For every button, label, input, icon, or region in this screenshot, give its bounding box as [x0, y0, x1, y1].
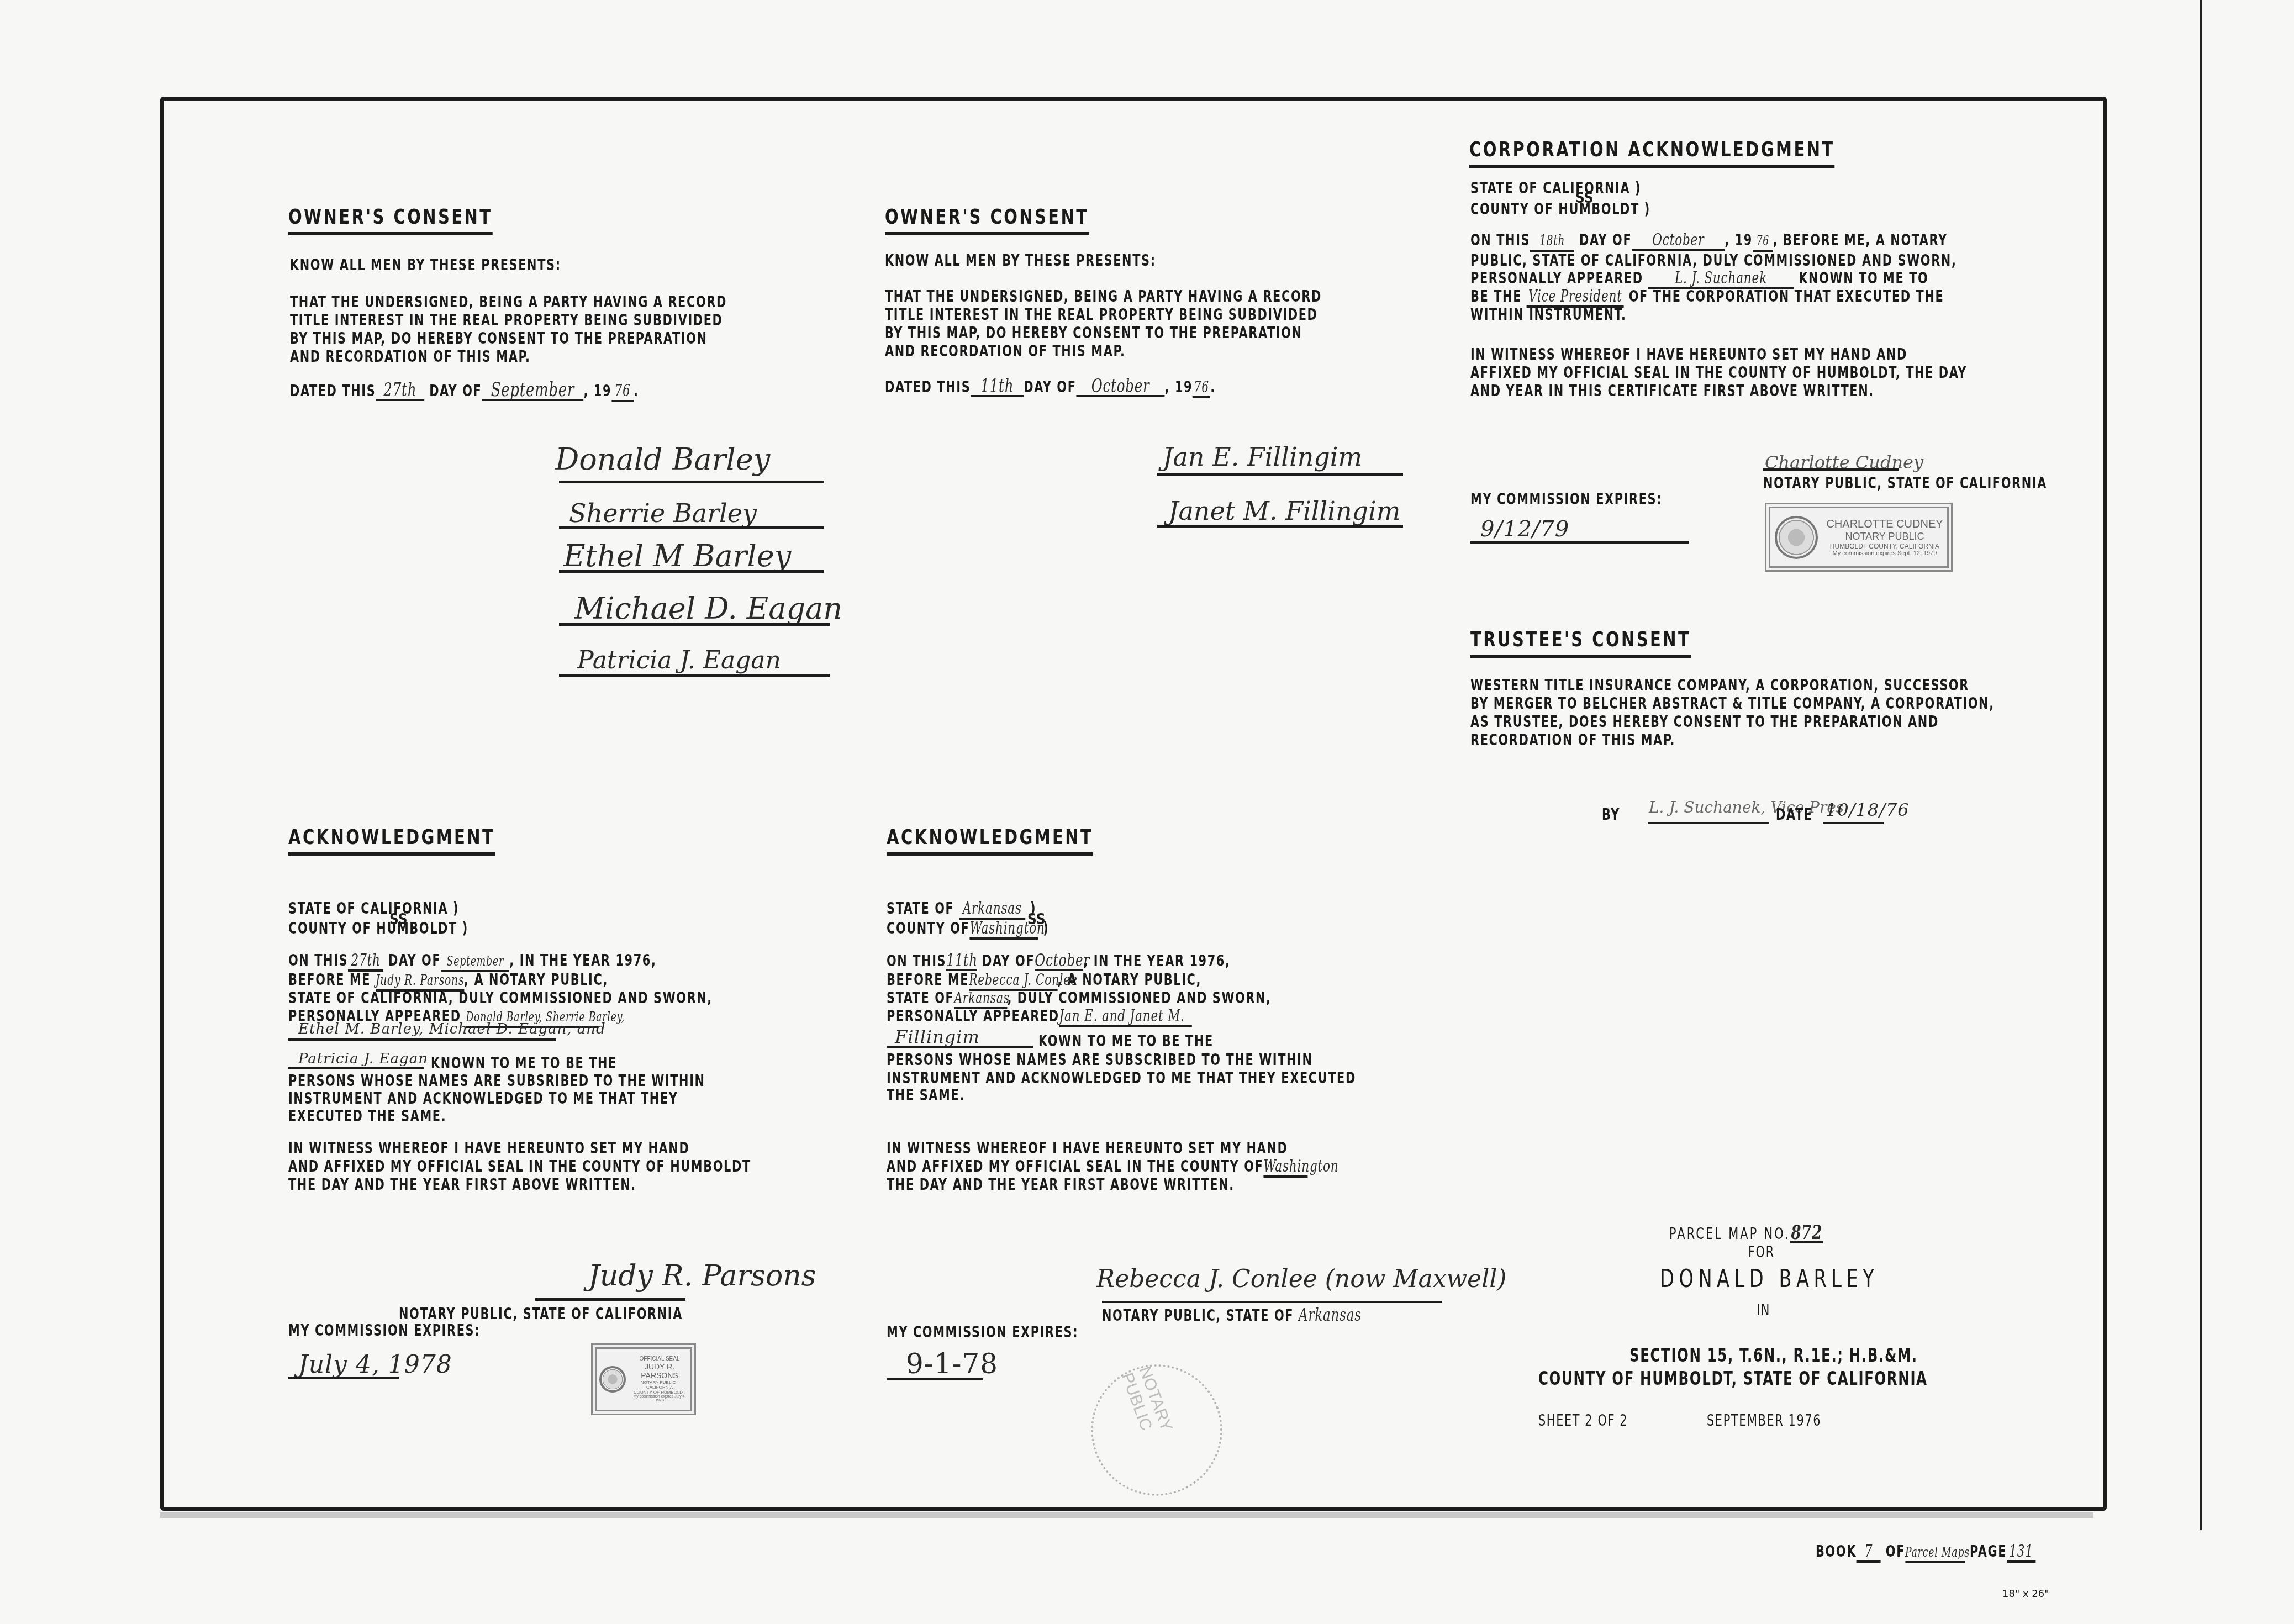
label: , BEFORE ME, A NOTARY: [1773, 230, 1948, 249]
year-field[interactable]: 76: [1193, 378, 1210, 398]
label: DAY OF: [982, 951, 1035, 970]
body-line: AND RECORDATION OF THIS MAP.: [885, 342, 1126, 360]
commission-label: MY COMMISSION EXPIRES:: [288, 1321, 480, 1340]
signature-line[interactable]: [1157, 473, 1403, 476]
sheet-shadow: [160, 1512, 2093, 1518]
body-line: WESTERN TITLE INSURANCE COMPANY, A CORPO…: [1470, 676, 1969, 694]
year-prefix: , 19: [583, 381, 611, 400]
label: PERSONALLY APPEARED: [887, 1006, 1059, 1025]
witness-line: THE DAY AND THE YEAR FIRST ABOVE WRITTEN…: [887, 1175, 1235, 1194]
signature-line[interactable]: [1763, 468, 1899, 471]
date-line: ON THIS18th DAY OFOctober, 1976, BEFORE …: [1470, 231, 1948, 252]
label: OF: [1886, 1542, 1905, 1560]
county-field[interactable]: Washington: [1263, 1158, 1307, 1178]
commission-date: July 4, 1978: [298, 1351, 452, 1379]
state-seal-icon: [1775, 516, 1818, 559]
month-field[interactable]: September: [482, 381, 583, 401]
witness-line: IN WITNESS WHEREOF I HAVE HEREUNTO SET M…: [887, 1139, 1288, 1157]
body-line: EXECUTED THE SAME.: [288, 1107, 446, 1125]
trustee-signature: L. J. Suchanek, Vice Pres: [1649, 798, 1844, 816]
signature: Patricia J. Eagan: [577, 646, 781, 674]
parcel-map-number: 872: [1790, 1224, 1823, 1243]
stamp-line: My commission expires Sept. 12, 1979: [1822, 550, 1947, 557]
appeared-line: PERSONALLY APPEAREDJan E. and Janet M.: [887, 1007, 1192, 1027]
month-field[interactable]: September: [441, 952, 509, 972]
persons-field[interactable]: Ethel M. Barley, Michael D. Eagan, and: [298, 1021, 606, 1037]
page-number: 131: [2007, 1543, 2035, 1563]
body-line: INSTRUMENT AND ACKNOWLEDGED TO ME THAT T…: [288, 1089, 678, 1108]
stamp-line: CHARLOTTE CUDNEY: [1822, 518, 1947, 531]
dated-line: DATED THIS27th DAY OFSeptember, 1976.: [290, 381, 639, 402]
body-line: BY THIS MAP, DO HEREBY CONSENT TO THE PR…: [885, 324, 1302, 342]
section-description: SECTION 15, T.6N., R.1E.; H.B.&M.: [1629, 1347, 1918, 1365]
signature-line[interactable]: [559, 526, 824, 529]
label: OF THE CORPORATION THAT EXECUTED THE: [1629, 287, 1944, 305]
state-line: STATE OF Arkansas ): [887, 899, 1036, 920]
map-date: SEPTEMBER 1976: [1707, 1411, 1821, 1430]
commission-label: MY COMMISSION EXPIRES:: [887, 1323, 1078, 1341]
body-line: THAT THE UNDERSIGNED, BEING A PARTY HAVI…: [290, 293, 727, 311]
witness-line: AND AFFIXED MY OFFICIAL SEAL IN THE COUN…: [288, 1157, 751, 1175]
body-line: AND RECORDATION OF THIS MAP.: [290, 347, 531, 366]
stamp-line: My commission expires July 4, 1978: [629, 1395, 690, 1402]
commission-line[interactable]: [887, 1378, 983, 1380]
month-field[interactable]: October: [1632, 231, 1725, 251]
label: AND AFFIXED MY OFFICIAL SEAL IN THE COUN…: [887, 1157, 1263, 1175]
day-field[interactable]: 11th: [946, 951, 977, 971]
body-line: STATE OF CALIFORNIA, DULY COMMISSIONED A…: [288, 989, 713, 1007]
day-field[interactable]: 11th: [971, 377, 1024, 397]
signature-line[interactable]: [1648, 822, 1769, 824]
body-line: BY MERGER TO BELCHER ABSTRACT & TITLE CO…: [1470, 694, 1995, 713]
stamp-line: OFFICIAL SEAL: [629, 1356, 690, 1362]
sheet-edge: [2200, 0, 2202, 1530]
year-prefix: , 19: [1725, 230, 1753, 249]
section-heading: ACKNOWLEDGMENT: [288, 825, 495, 856]
notary-stamp: CHARLOTTE CUDNEY NOTARY PUBLIC HUMBOLDT …: [1765, 503, 1953, 572]
section-heading: CORPORATION ACKNOWLEDGMENT: [1469, 137, 1835, 168]
month-field[interactable]: October: [1077, 377, 1165, 397]
label: , IN THE YEAR 1976,: [509, 951, 656, 969]
signature-line[interactable]: [559, 674, 830, 677]
label: BE THE: [1470, 287, 1522, 305]
label: ON THIS: [1470, 230, 1530, 249]
date-line: ON THIS27th DAY OFSeptember, IN THE YEAR…: [288, 951, 656, 972]
signature-line[interactable]: [1102, 1301, 1442, 1303]
book-number: 7: [1857, 1543, 1881, 1563]
stamp-line: HUMBOLDT COUNTY, CALIFORNIA: [1822, 542, 1947, 550]
label: NOTARY PUBLIC, STATE OF: [1102, 1306, 1294, 1325]
body-line: KNOWN TO ME TO BE THE: [431, 1054, 617, 1072]
signature-line[interactable]: [535, 1298, 685, 1301]
signature-line[interactable]: [559, 570, 824, 573]
witness-line: IN WITNESS WHEREOF I HAVE HEREUNTO SET M…: [1470, 345, 1907, 363]
persons-line: [288, 1038, 556, 1041]
label: , A NOTARY PUBLIC,: [1057, 970, 1201, 989]
label: , A NOTARY PUBLIC,: [464, 970, 608, 989]
witness-line: IN WITNESS WHEREOF I HAVE HEREUNTO SET M…: [288, 1139, 689, 1157]
commission-label: MY COMMISSION EXPIRES:: [1470, 490, 1662, 508]
label: DAY OF: [1579, 230, 1632, 249]
label: BOOK: [1816, 1542, 1857, 1560]
persons-field[interactable]: Jan E. and Janet M.: [1059, 1008, 1192, 1027]
body-line: AS TRUSTEE, DOES HEREBY CONSENT TO THE P…: [1470, 713, 1939, 731]
notary-stamp: OFFICIAL SEAL JUDY R. PARSONS NOTARY PUB…: [591, 1343, 696, 1415]
section-heading: ACKNOWLEDGMENT: [887, 825, 1093, 856]
intro-text: KNOW ALL MEN BY THESE PRESENTS:: [290, 256, 561, 274]
state-line: STATE OF CALIFORNIA ): [1470, 179, 1641, 197]
persons-field[interactable]: Patricia J. Eagan: [298, 1051, 428, 1067]
label: PARCEL MAP NO.: [1669, 1224, 1790, 1243]
body-line: RECORDATION OF THIS MAP.: [1470, 731, 1675, 749]
signature: Donald Barley: [555, 442, 770, 477]
day-of-label: DAY OF: [1024, 377, 1076, 396]
state-field[interactable]: Arkansas: [959, 900, 1025, 920]
body-line: PERSONS WHOSE NAMES ARE SUBSRIBED TO THE…: [288, 1072, 705, 1090]
signature-line[interactable]: [1157, 525, 1403, 528]
year-prefix: , 19: [1165, 377, 1193, 396]
signature: Michael D. Eagan: [574, 591, 842, 626]
label: BEFORE ME: [288, 970, 371, 989]
notary-signature: Judy R. Parsons: [588, 1259, 816, 1293]
ss-mark: SS: [1027, 911, 1046, 928]
signature: Jan E. Fillingim: [1163, 442, 1362, 472]
label: DAY OF: [388, 951, 441, 969]
witness-line: AFFIXED MY OFFICIAL SEAL IN THE COUNTY O…: [1470, 363, 1967, 382]
body-line: THAT THE UNDERSIGNED, BEING A PARTY HAVI…: [885, 287, 1322, 305]
notary-state: Arkansas: [1299, 1304, 1362, 1325]
signature: Janet M. Fillingim: [1168, 496, 1400, 526]
parcel-map-label: PARCEL MAP NO.872: [1669, 1224, 1823, 1243]
date-line[interactable]: [1823, 822, 1884, 824]
county-line: COUNTY OF HUMBOLDT ): [288, 919, 468, 937]
sheet-number: SHEET 2 OF 2: [1538, 1411, 1628, 1430]
dated-label: DATED THIS: [885, 377, 971, 396]
notary-caption: NOTARY PUBLIC, STATE OF Arkansas: [1102, 1306, 1362, 1325]
witness-line: AND YEAR IN THIS CERTIFICATE FIRST ABOVE…: [1470, 382, 1874, 400]
label: KNOWN TO ME TO: [1799, 268, 1928, 287]
label: COUNTY OF: [887, 919, 969, 937]
body-line: PUBLIC, STATE OF CALIFORNIA, DULY COMMIS…: [1470, 251, 1957, 270]
county-line: COUNTY OF HUMBOLDT ): [1470, 200, 1650, 218]
label: , DULY COMMISSIONED AND SWORN,: [1007, 988, 1271, 1007]
date-label: DATE: [1776, 805, 1813, 824]
ss-mark: SS: [1575, 190, 1594, 207]
commission-line[interactable]: [288, 1377, 399, 1379]
signature: Ethel M Barley: [563, 539, 791, 573]
stamp-line: NOTARY PUBLIC: [1822, 531, 1947, 542]
label: STATE OF: [887, 988, 954, 1007]
by-label: BY: [1602, 805, 1620, 824]
ss-mark: SS: [389, 911, 408, 928]
for-label: FOR: [1748, 1243, 1775, 1261]
notary-caption: NOTARY PUBLIC, STATE OF CALIFORNIA: [1763, 474, 2047, 492]
section-heading: OWNER'S CONSENT: [885, 204, 1089, 235]
in-label: IN: [1757, 1301, 1770, 1319]
stamp-line: NOTARY PUBLIC - CALIFORNIA: [629, 1380, 690, 1390]
month-field[interactable]: October: [1035, 951, 1083, 971]
label: ON THIS: [288, 951, 348, 969]
book-series: Parcel Maps: [1905, 1543, 1965, 1563]
sheet-size: 18" x 26": [2002, 1588, 2049, 1600]
witness-line: THE DAY AND THE YEAR FIRST ABOVE WRITTEN…: [288, 1175, 636, 1194]
body-line: THE SAME.: [887, 1086, 965, 1104]
label: PERSONALLY APPEARED: [1470, 268, 1643, 287]
stamp-line: COUNTY OF HUMBOLDT: [629, 1390, 690, 1395]
day-of-label: DAY OF: [429, 381, 482, 400]
signature-line[interactable]: [559, 623, 830, 626]
label: PAGE: [1970, 1542, 2007, 1560]
commission-date: 9-1-78: [906, 1348, 998, 1380]
label: , IN THE YEAR 1976,: [1083, 951, 1230, 970]
day-field[interactable]: 27th: [376, 381, 424, 401]
body-line: WITHIN INSTRUMENT.: [1470, 305, 1626, 324]
stamp-line: JUDY R. PARSONS: [629, 1362, 690, 1380]
signature-line[interactable]: [559, 481, 824, 483]
state-seal-icon: [599, 1366, 626, 1393]
state-line: STATE OF CALIFORNIA ): [288, 899, 459, 918]
dated-line: DATED THIS11thDAY OFOctober, 1976.: [885, 377, 1216, 398]
commission-line[interactable]: [1470, 541, 1689, 544]
year-field[interactable]: 76: [1753, 232, 1773, 252]
owner-name: DONALD BARLEY: [1660, 1265, 1879, 1293]
persons-field[interactable]: Fillingim: [895, 1026, 980, 1047]
body-line: PERSONS WHOSE NAMES ARE SUBSCRIBED TO TH…: [887, 1051, 1312, 1069]
commission-date: 9/12/79: [1480, 516, 1569, 542]
section-heading: TRUSTEE'S CONSENT: [1470, 627, 1691, 658]
book-reference: BOOK7 OFParcel Maps PAGE131: [1816, 1542, 2035, 1563]
body-line: INSTRUMENT AND ACKNOWLEDGED TO ME THAT T…: [887, 1069, 1356, 1087]
body-line: BY THIS MAP, DO HEREBY CONSENT TO THE PR…: [290, 329, 708, 347]
intro-text: KNOW ALL MEN BY THESE PRESENTS:: [885, 251, 1156, 270]
body-line: KOWN TO ME TO BE THE: [1038, 1032, 1214, 1050]
body-line: TITLE INTEREST IN THE REAL PROPERTY BEIN…: [885, 305, 1318, 324]
notary-signature: Rebecca J. Conlee (now Maxwell): [1096, 1265, 1506, 1293]
section-heading: OWNER'S CONSENT: [288, 204, 493, 235]
year-field[interactable]: 76: [611, 382, 634, 402]
label: ON THIS: [887, 951, 946, 970]
signature: Sherrie Barley: [569, 498, 757, 528]
persons-line: [887, 1046, 1033, 1048]
persons-line: [288, 1067, 424, 1069]
label: STATE OF: [887, 899, 954, 918]
county-line: COUNTY OFWashington ): [887, 919, 1049, 940]
day-field[interactable]: 18th: [1530, 232, 1574, 252]
body-line: TITLE INTEREST IN THE REAL PROPERTY BEIN…: [290, 311, 723, 329]
dated-label: DATED THIS: [290, 381, 376, 400]
date-line: ON THIS11th DAY OFOctober, IN THE YEAR 1…: [887, 951, 1230, 971]
county-state: COUNTY OF HUMBOLDT, STATE OF CALIFORNIA: [1538, 1370, 1928, 1388]
date-value: 10/18/76: [1826, 799, 1910, 820]
day-field[interactable]: 27th: [348, 952, 383, 972]
label: BEFORE ME: [887, 970, 969, 989]
